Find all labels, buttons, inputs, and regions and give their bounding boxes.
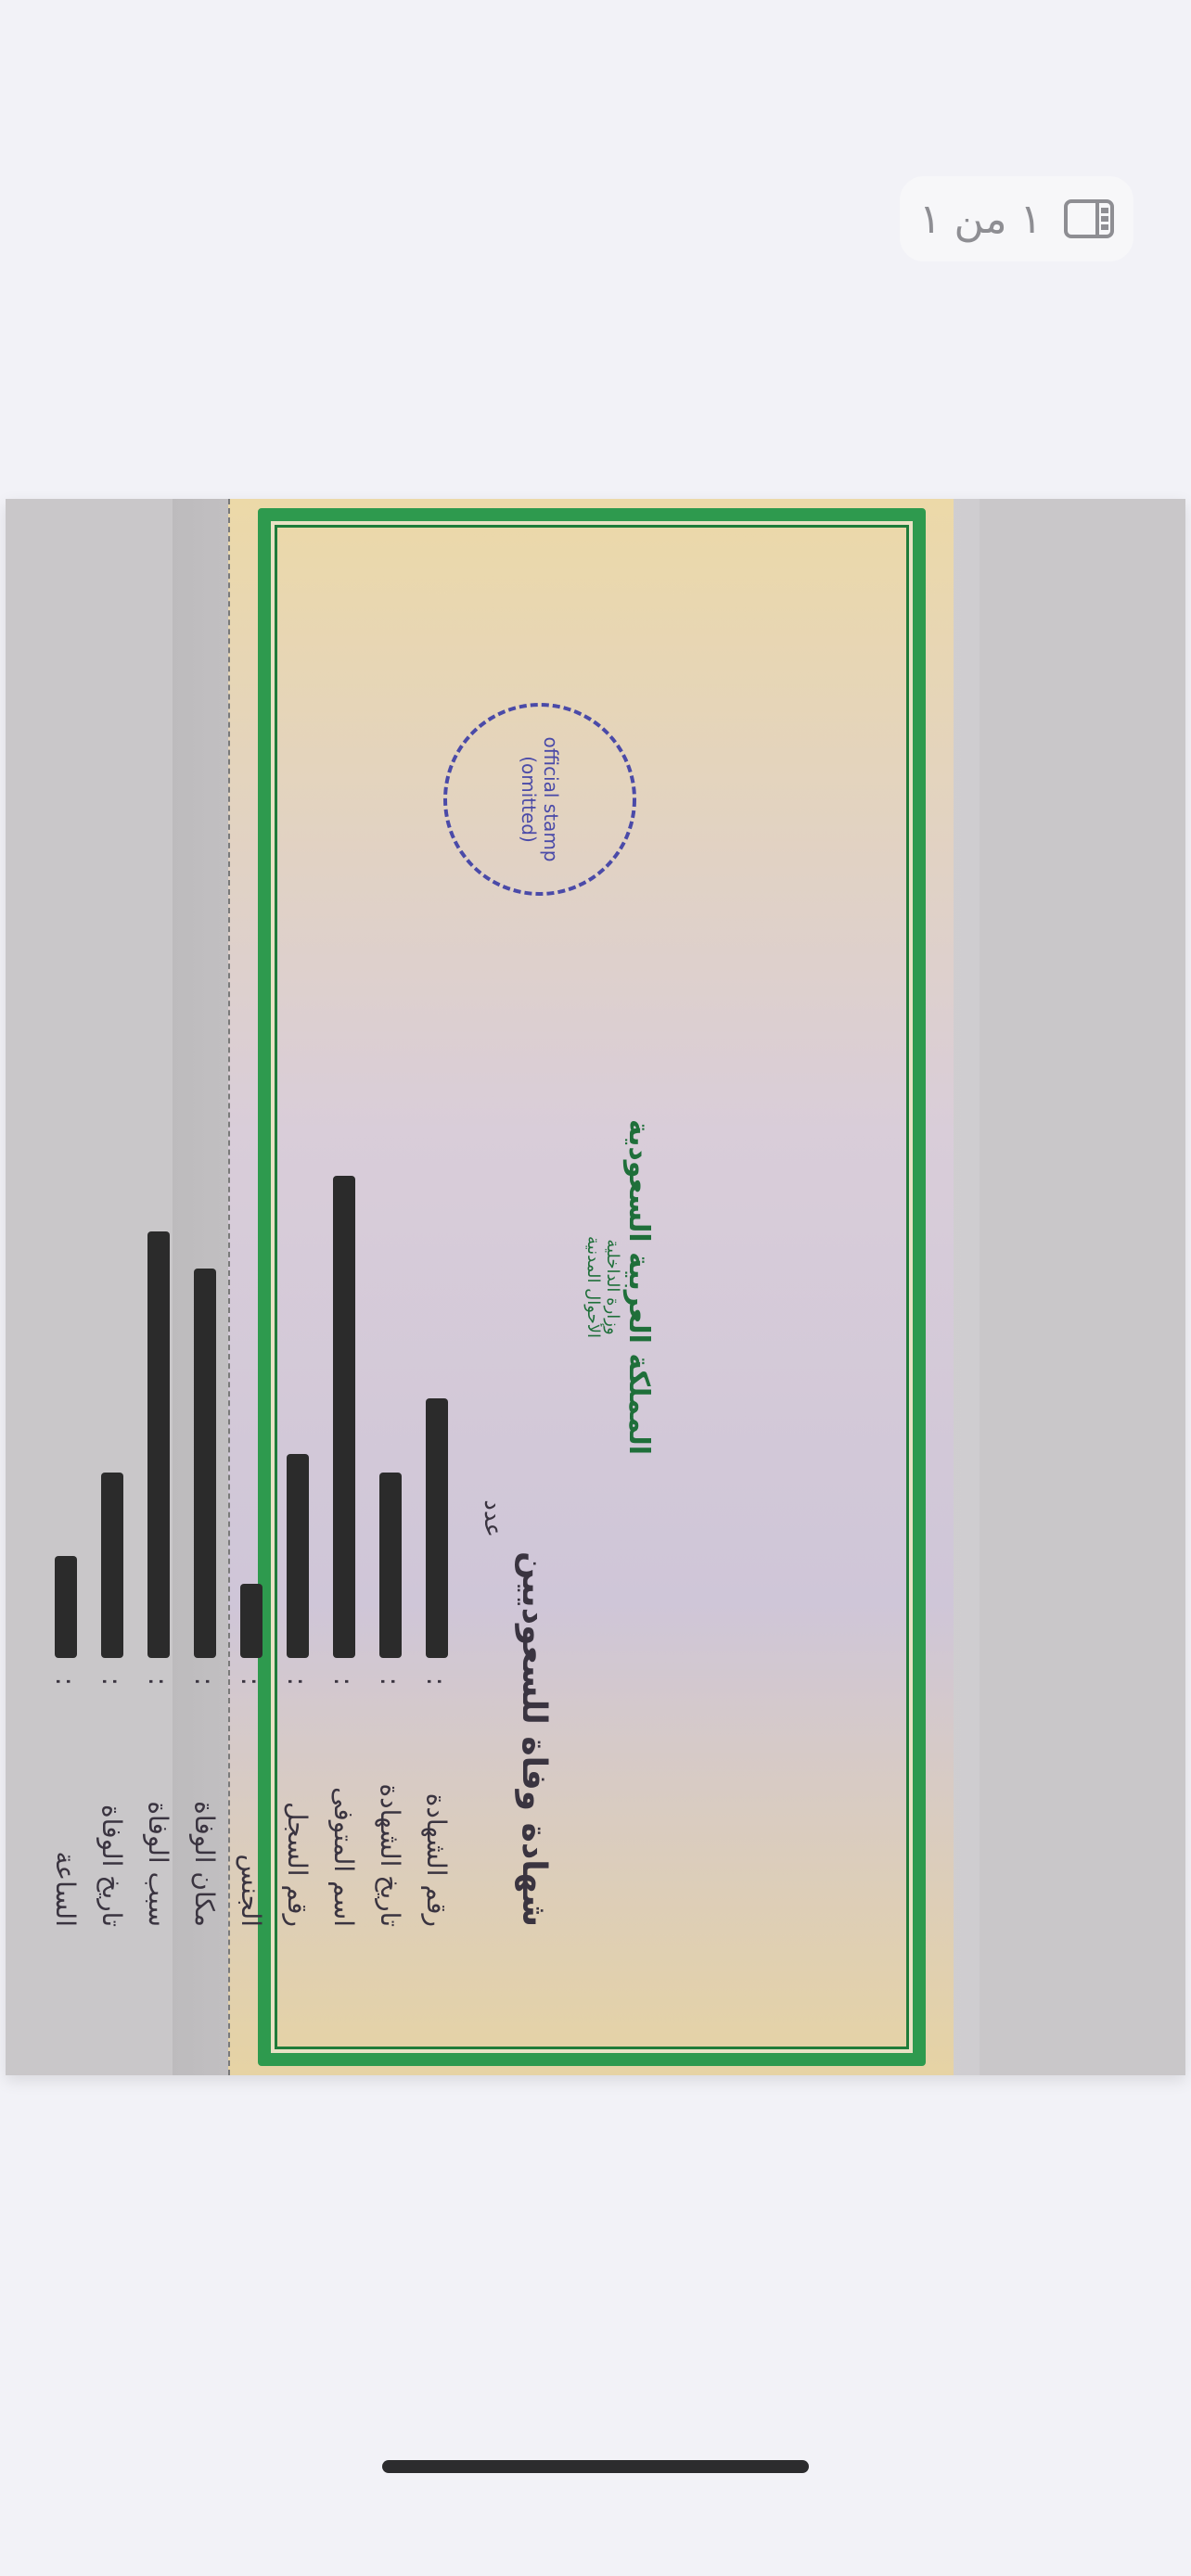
field-label: تاريخ الشهادة [376,1686,406,1927]
page-indicator-label: ١ من ١ [919,196,1042,243]
field-label: تاريخ الوفاة [97,1686,128,1927]
field-row: مكان الوفاة: [182,647,228,1927]
field-label: سبب الوفاة [144,1686,174,1927]
field-row: الساعة: [43,647,89,1927]
redacted-value [287,1454,309,1658]
redacted-value [379,1473,402,1658]
field-label: رقم السجل [283,1686,314,1927]
certificate-content: المملكة العربية السعودية وزارة الداخلية … [70,573,664,2001]
stamp-placeholder-label: official stamp (omitted) [518,707,562,892]
certificate-fields: رقم الشهادة: تاريخ الشهادة: اسم المتوفى:… [43,647,460,1927]
field-label: الساعة [51,1686,82,1927]
field-row: الجنس: [228,647,275,1927]
field-label: رقم الشهادة [422,1686,453,1927]
field-label: مكان الوفاة [190,1686,221,1927]
field-row: تاريخ الشهادة: [367,647,414,1927]
redacted-value [101,1473,123,1658]
field-row: رقم السجل: [275,647,321,1927]
redacted-value [194,1269,216,1658]
field-row: سبب الوفاة: [135,647,182,1927]
field-row: اسم المتوفى: [321,647,367,1927]
sidebar-icon [1064,199,1114,238]
field-row: تاريخ الوفاة: [89,647,135,1927]
redacted-value [147,1231,170,1658]
field-label: الجنس [237,1686,267,1927]
redacted-value [426,1398,448,1658]
redacted-value [333,1176,355,1658]
certificate-subtitle: عدد [479,1499,506,1537]
redacted-value [240,1584,263,1658]
home-indicator[interactable] [382,2460,809,2473]
redacted-value [55,1556,77,1658]
certificate-title: شهادة وفاة للسعوديين [515,1551,553,1927]
field-label: اسم المتوفى [329,1686,360,1927]
stamp-placeholder: official stamp (omitted) [443,703,636,896]
page-indicator[interactable]: ١ من ١ [900,176,1133,261]
document-page[interactable]: المملكة العربية السعودية وزارة الداخلية … [6,499,1185,2075]
